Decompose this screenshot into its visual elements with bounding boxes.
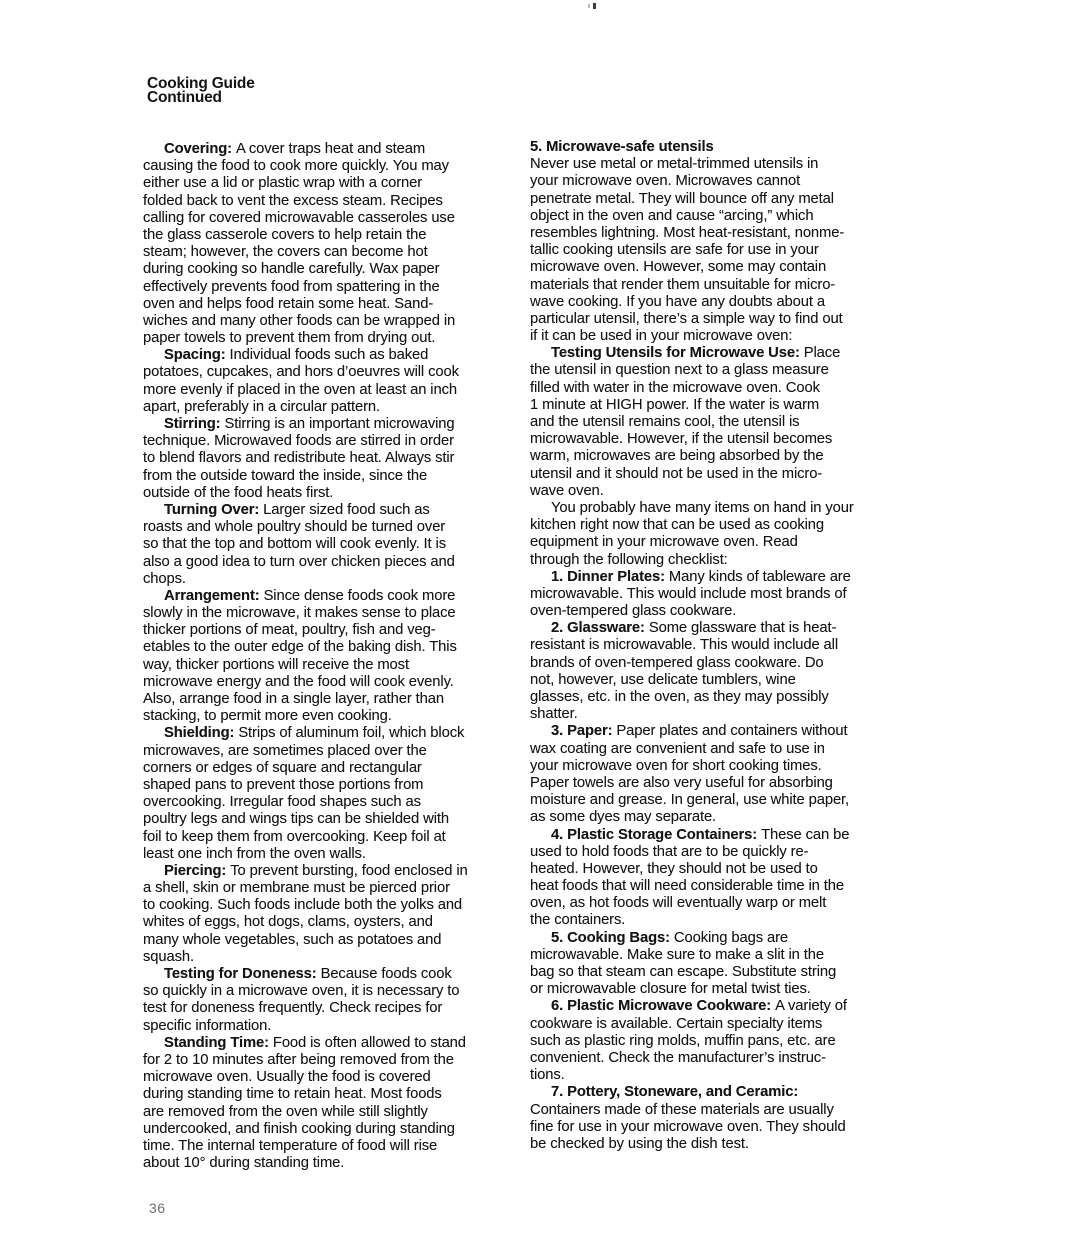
- text-line: oven-tempered glass cookware.: [530, 603, 884, 620]
- text-line: potatoes, cupcakes, and hors d’oeuvres w…: [143, 364, 488, 381]
- page-header: Cooking Guide Continued: [147, 77, 255, 104]
- text-line: Containers made of these materials are u…: [530, 1102, 884, 1119]
- text-line: effectively prevents food from spatterin…: [143, 279, 488, 296]
- text-line: Covering:A cover traps heat and steam: [143, 141, 488, 158]
- paragraph: Turning Over:Larger sized food such asro…: [143, 502, 488, 588]
- paragraph-text: Never use metal or metal-trimmed utensil…: [530, 156, 818, 172]
- manual-page: Cooking Guide Continued Covering:A cover…: [0, 0, 1080, 1253]
- text-line: Never use metal or metal-trimmed utensil…: [530, 156, 884, 173]
- text-line: during standing time to retain heat. Mos…: [143, 1086, 488, 1103]
- text-line: tions.: [530, 1067, 884, 1084]
- text-line: way, thicker portions will receive the m…: [143, 657, 488, 674]
- paragraph-lead: 3. Paper:: [551, 723, 612, 739]
- text-line: as some dyes may separate.: [530, 809, 884, 826]
- text-line: brands of oven-tempered glass cookware. …: [530, 655, 884, 672]
- paragraph-text: Paper plates and containers without: [616, 723, 847, 739]
- paragraph-lead: 4. Plastic Storage Containers:: [551, 827, 757, 843]
- text-line: 5. Cooking Bags:Cooking bags are: [530, 930, 884, 947]
- section-heading: 5. Microwave-safe utensils: [530, 139, 884, 156]
- page-title-line2: Continued: [147, 91, 255, 105]
- text-line: 3. Paper:Paper plates and containers wit…: [530, 723, 884, 740]
- text-line: your microwave oven. Microwaves cannot: [530, 173, 884, 190]
- paragraph: 6. Plastic Microwave Cookware:A variety …: [530, 998, 884, 1084]
- text-line: a shell, skin or membrane must be pierce…: [143, 880, 488, 897]
- text-line: microwavable. However, if the utensil be…: [530, 431, 884, 448]
- text-line: Standing Time:Food is often allowed to s…: [143, 1035, 488, 1052]
- text-line: technique. Microwaved foods are stirred …: [143, 433, 488, 450]
- text-line: and the utensil remains cool, the utensi…: [530, 414, 884, 431]
- text-line: slowly in the microwave, it makes sense …: [143, 605, 488, 622]
- text-line: to cooking. Such foods include both the …: [143, 897, 488, 914]
- text-line: cookware is available. Certain specialty…: [530, 1016, 884, 1033]
- text-line: microwave energy and the food will cook …: [143, 674, 488, 691]
- text-line: foil to keep them from overcooking. Keep…: [143, 829, 488, 846]
- text-line: causing the food to cook more quickly. Y…: [143, 158, 488, 175]
- text-line: apart, preferably in a circular pattern.: [143, 399, 488, 416]
- text-line: many whole vegetables, such as potatoes …: [143, 932, 488, 949]
- paragraph-lead: Covering:: [164, 141, 232, 157]
- paragraph: 7. Pottery, Stoneware, and Ceramic:Conta…: [530, 1084, 884, 1153]
- text-line: Spacing:Individual foods such as baked: [143, 347, 488, 364]
- text-line: or microwavable closure for metal twist …: [530, 981, 884, 998]
- text-line: chops.: [143, 571, 488, 588]
- text-line: microwavable. Make sure to make a slit i…: [530, 947, 884, 964]
- text-line: the containers.: [530, 912, 884, 929]
- scan-artifact-mark: [593, 3, 596, 9]
- paragraph-lead: 1. Dinner Plates:: [551, 569, 665, 585]
- text-line: so that the top and bottom will cook eve…: [143, 536, 488, 553]
- text-line: resembles lightning. Most heat-resistant…: [530, 225, 884, 242]
- text-line: Arrangement:Since dense foods cook more: [143, 588, 488, 605]
- paragraph: Testing Utensils for Microwave Use:Place…: [530, 345, 884, 500]
- text-line: wave cooking. If you have any doubts abo…: [530, 294, 884, 311]
- paragraph: Never use metal or metal-trimmed utensil…: [530, 156, 884, 345]
- text-line: Also, arrange food in a single layer, ra…: [143, 691, 488, 708]
- text-line: Testing for Doneness:Because foods cook: [143, 966, 488, 983]
- text-line: convenient. Check the manufacturer’s ins…: [530, 1050, 884, 1067]
- text-line: stacking, to permit more even cooking.: [143, 708, 488, 725]
- text-line: during cooking so handle carefully. Wax …: [143, 261, 488, 278]
- text-line: 4. Plastic Storage Containers:These can …: [530, 827, 884, 844]
- text-line: wave oven.: [530, 483, 884, 500]
- text-line: utensil and it should not be used in the…: [530, 466, 884, 483]
- paragraph-lead: Turning Over:: [164, 502, 259, 518]
- paragraph-lead: Piercing:: [164, 863, 226, 879]
- text-line: Testing Utensils for Microwave Use:Place: [530, 345, 884, 362]
- text-line: microwaves, are sometimes placed over th…: [143, 743, 488, 760]
- text-line: either use a lid or plastic wrap with a …: [143, 175, 488, 192]
- text-line: not, however, use delicate tumblers, win…: [530, 672, 884, 689]
- text-line: your microwave oven for short cooking ti…: [530, 758, 884, 775]
- text-line: 7. Pottery, Stoneware, and Ceramic:: [530, 1084, 884, 1101]
- text-line: heat foods that will need considerable t…: [530, 878, 884, 895]
- text-line: folded back to vent the excess steam. Re…: [143, 193, 488, 210]
- text-line: resistant is microwavable. This would in…: [530, 637, 884, 654]
- paragraph: 1. Dinner Plates:Many kinds of tableware…: [530, 569, 884, 621]
- text-line: bag so that steam can escape. Substitute…: [530, 964, 884, 981]
- text-line: moisture and grease. In general, use whi…: [530, 792, 884, 809]
- paragraph-lead: Standing Time:: [164, 1035, 269, 1051]
- text-line: 1. Dinner Plates:Many kinds of tableware…: [530, 569, 884, 586]
- paragraph-text: A cover traps heat and steam: [236, 141, 425, 157]
- text-line: shatter.: [530, 706, 884, 723]
- text-line: heated. However, they should not be used…: [530, 861, 884, 878]
- text-line: so quickly in a microwave oven, it is ne…: [143, 983, 488, 1000]
- paragraph: Piercing:To prevent bursting, food enclo…: [143, 863, 488, 966]
- paragraph-text: Individual foods such as baked: [230, 347, 429, 363]
- paragraph-lead: 6. Plastic Microwave Cookware:: [551, 998, 771, 1014]
- text-line: specific information.: [143, 1018, 488, 1035]
- text-line: poultry legs and wings tips can be shiel…: [143, 811, 488, 828]
- text-line: particular utensil, there’s a simple way…: [530, 311, 884, 328]
- text-line: You probably have many items on hand in …: [530, 500, 884, 517]
- text-line: such as plastic ring molds, muffin pans,…: [530, 1033, 884, 1050]
- text-line: more evenly if placed in the oven at lea…: [143, 382, 488, 399]
- paragraph-lead: 2. Glassware:: [551, 620, 645, 636]
- text-line: oven, as hot foods will eventually warp …: [530, 895, 884, 912]
- text-line: shaped pans to prevent those portions fr…: [143, 777, 488, 794]
- text-line: object in the oven and cause “arcing,” w…: [530, 208, 884, 225]
- text-line: be checked by using the dish test.: [530, 1136, 884, 1153]
- page-number: 36: [149, 1200, 166, 1216]
- paragraph-text: Place: [804, 345, 840, 361]
- text-line: outside of the food heats first.: [143, 485, 488, 502]
- paragraph-text: These can be: [761, 827, 849, 843]
- text-line: wiches and many other foods can be wrapp…: [143, 313, 488, 330]
- text-line: whites of eggs, hot dogs, clams, oysters…: [143, 914, 488, 931]
- left-column: Covering:A cover traps heat and steamcau…: [143, 141, 488, 1172]
- scan-artifact-mark: [588, 4, 590, 8]
- text-line: 1 minute at HIGH power. If the water is …: [530, 397, 884, 414]
- text-line: Piercing:To prevent bursting, food enclo…: [143, 863, 488, 880]
- text-line: wax coating are convenient and safe to u…: [530, 741, 884, 758]
- text-line: kitchen right now that can be used as co…: [530, 517, 884, 534]
- paragraph: You probably have many items on hand in …: [530, 500, 884, 569]
- text-line: 2. Glassware:Some glassware that is heat…: [530, 620, 884, 637]
- text-line: time. The internal temperature of food w…: [143, 1138, 488, 1155]
- right-column: 5. Microwave-safe utensilsNever use meta…: [530, 139, 884, 1153]
- text-line: etables to the outer edge of the baking …: [143, 639, 488, 656]
- text-line: oven and helps food retain some heat. Sa…: [143, 296, 488, 313]
- paragraph-text: You probably have many items on hand in …: [551, 500, 854, 516]
- text-line: about 10° during standing time.: [143, 1155, 488, 1172]
- text-line: roasts and whole poultry should be turne…: [143, 519, 488, 536]
- text-line: calling for covered microwavable cassero…: [143, 210, 488, 227]
- paragraph-text: Since dense foods cook more: [264, 588, 456, 604]
- text-line: microwavable. This would include most br…: [530, 586, 884, 603]
- text-line: Stirring:Stirring is an important microw…: [143, 416, 488, 433]
- text-line: if it can be used in your microwave oven…: [530, 328, 884, 345]
- paragraph-text: To prevent bursting, food enclosed in: [230, 863, 467, 879]
- paragraph: Shielding:Strips of aluminum foil, which…: [143, 725, 488, 863]
- text-line: paper towels to prevent them from drying…: [143, 330, 488, 347]
- paragraph-text: Larger sized food such as: [263, 502, 429, 518]
- text-line: Shielding:Strips of aluminum foil, which…: [143, 725, 488, 742]
- paragraph-text: Some glassware that is heat-: [649, 620, 836, 636]
- text-line: equipment in your microwave oven. Read: [530, 534, 884, 551]
- text-line: Paper towels are also very useful for ab…: [530, 775, 884, 792]
- paragraph: Testing for Doneness:Because foods cooks…: [143, 966, 488, 1035]
- text-line: through the following checklist:: [530, 552, 884, 569]
- text-line: the utensil in question next to a glass …: [530, 362, 884, 379]
- text-line: tallic cooking utensils are safe for use…: [530, 242, 884, 259]
- text-line: 6. Plastic Microwave Cookware:A variety …: [530, 998, 884, 1015]
- text-line: also a good idea to turn over chicken pi…: [143, 554, 488, 571]
- text-line: the glass casserole covers to help retai…: [143, 227, 488, 244]
- text-line: materials that render them unsuitable fo…: [530, 277, 884, 294]
- paragraph-lead: 5. Cooking Bags:: [551, 930, 670, 946]
- text-line: filled with water in the microwave oven.…: [530, 380, 884, 397]
- paragraph: Spacing:Individual foods such as bakedpo…: [143, 347, 488, 416]
- text-line: to blend flavors and redistribute heat. …: [143, 450, 488, 467]
- text-line: glasses, etc. in the oven, as they may p…: [530, 689, 884, 706]
- text-line: microwave oven. Usually the food is cove…: [143, 1069, 488, 1086]
- paragraph-lead: Arrangement:: [164, 588, 260, 604]
- text-line: for 2 to 10 minutes after being removed …: [143, 1052, 488, 1069]
- paragraph-lead: Testing Utensils for Microwave Use:: [551, 345, 800, 361]
- paragraph-lead: Stirring:: [164, 416, 220, 432]
- paragraph-lead: Shielding:: [164, 725, 234, 741]
- text-line: used to hold foods that are to be quickl…: [530, 844, 884, 861]
- paragraph-text: Stirring is an important microwaving: [224, 416, 454, 432]
- text-line: overcooking. Irregular food shapes such …: [143, 794, 488, 811]
- paragraph: 3. Paper:Paper plates and containers wit…: [530, 723, 884, 826]
- text-line: Turning Over:Larger sized food such as: [143, 502, 488, 519]
- paragraph-lead: 7. Pottery, Stoneware, and Ceramic:: [551, 1084, 798, 1100]
- paragraph: Standing Time:Food is often allowed to s…: [143, 1035, 488, 1173]
- text-line: are removed from the oven while still sl…: [143, 1104, 488, 1121]
- text-line: undercooked, and finish cooking during s…: [143, 1121, 488, 1138]
- paragraph-text: Cooking bags are: [674, 930, 788, 946]
- text-line: corners or edges of square and rectangul…: [143, 760, 488, 777]
- paragraph-text: A variety of: [775, 998, 847, 1014]
- paragraph: Stirring:Stirring is an important microw…: [143, 416, 488, 502]
- text-line: steam; however, the covers can become ho…: [143, 244, 488, 261]
- paragraph-lead: Testing for Doneness:: [164, 966, 317, 982]
- paragraph: 4. Plastic Storage Containers:These can …: [530, 827, 884, 930]
- paragraph-text: Because foods cook: [321, 966, 452, 982]
- text-line: fine for use in your microwave oven. The…: [530, 1119, 884, 1136]
- text-line: warm, microwaves are being absorbed by t…: [530, 448, 884, 465]
- paragraph: 2. Glassware:Some glassware that is heat…: [530, 620, 884, 723]
- paragraph-lead: Spacing:: [164, 347, 226, 363]
- text-line: from the outside toward the inside, sinc…: [143, 468, 488, 485]
- paragraph-text: Many kinds of tableware are: [669, 569, 851, 585]
- paragraph-text: Strips of aluminum foil, which block: [238, 725, 464, 741]
- text-line: penetrate metal. They will bounce off an…: [530, 191, 884, 208]
- text-line: microwave oven. However, some may contai…: [530, 259, 884, 276]
- text-line: squash.: [143, 949, 488, 966]
- paragraph: Arrangement:Since dense foods cook mores…: [143, 588, 488, 726]
- text-line: test for doneness frequently. Check reci…: [143, 1000, 488, 1017]
- paragraph: Covering:A cover traps heat and steamcau…: [143, 141, 488, 347]
- text-line: least one inch from the oven walls.: [143, 846, 488, 863]
- paragraph: 5. Cooking Bags:Cooking bags aremicrowav…: [530, 930, 884, 999]
- paragraph-text: Food is often allowed to stand: [273, 1035, 466, 1051]
- text-line: thicker portions of meat, poultry, fish …: [143, 622, 488, 639]
